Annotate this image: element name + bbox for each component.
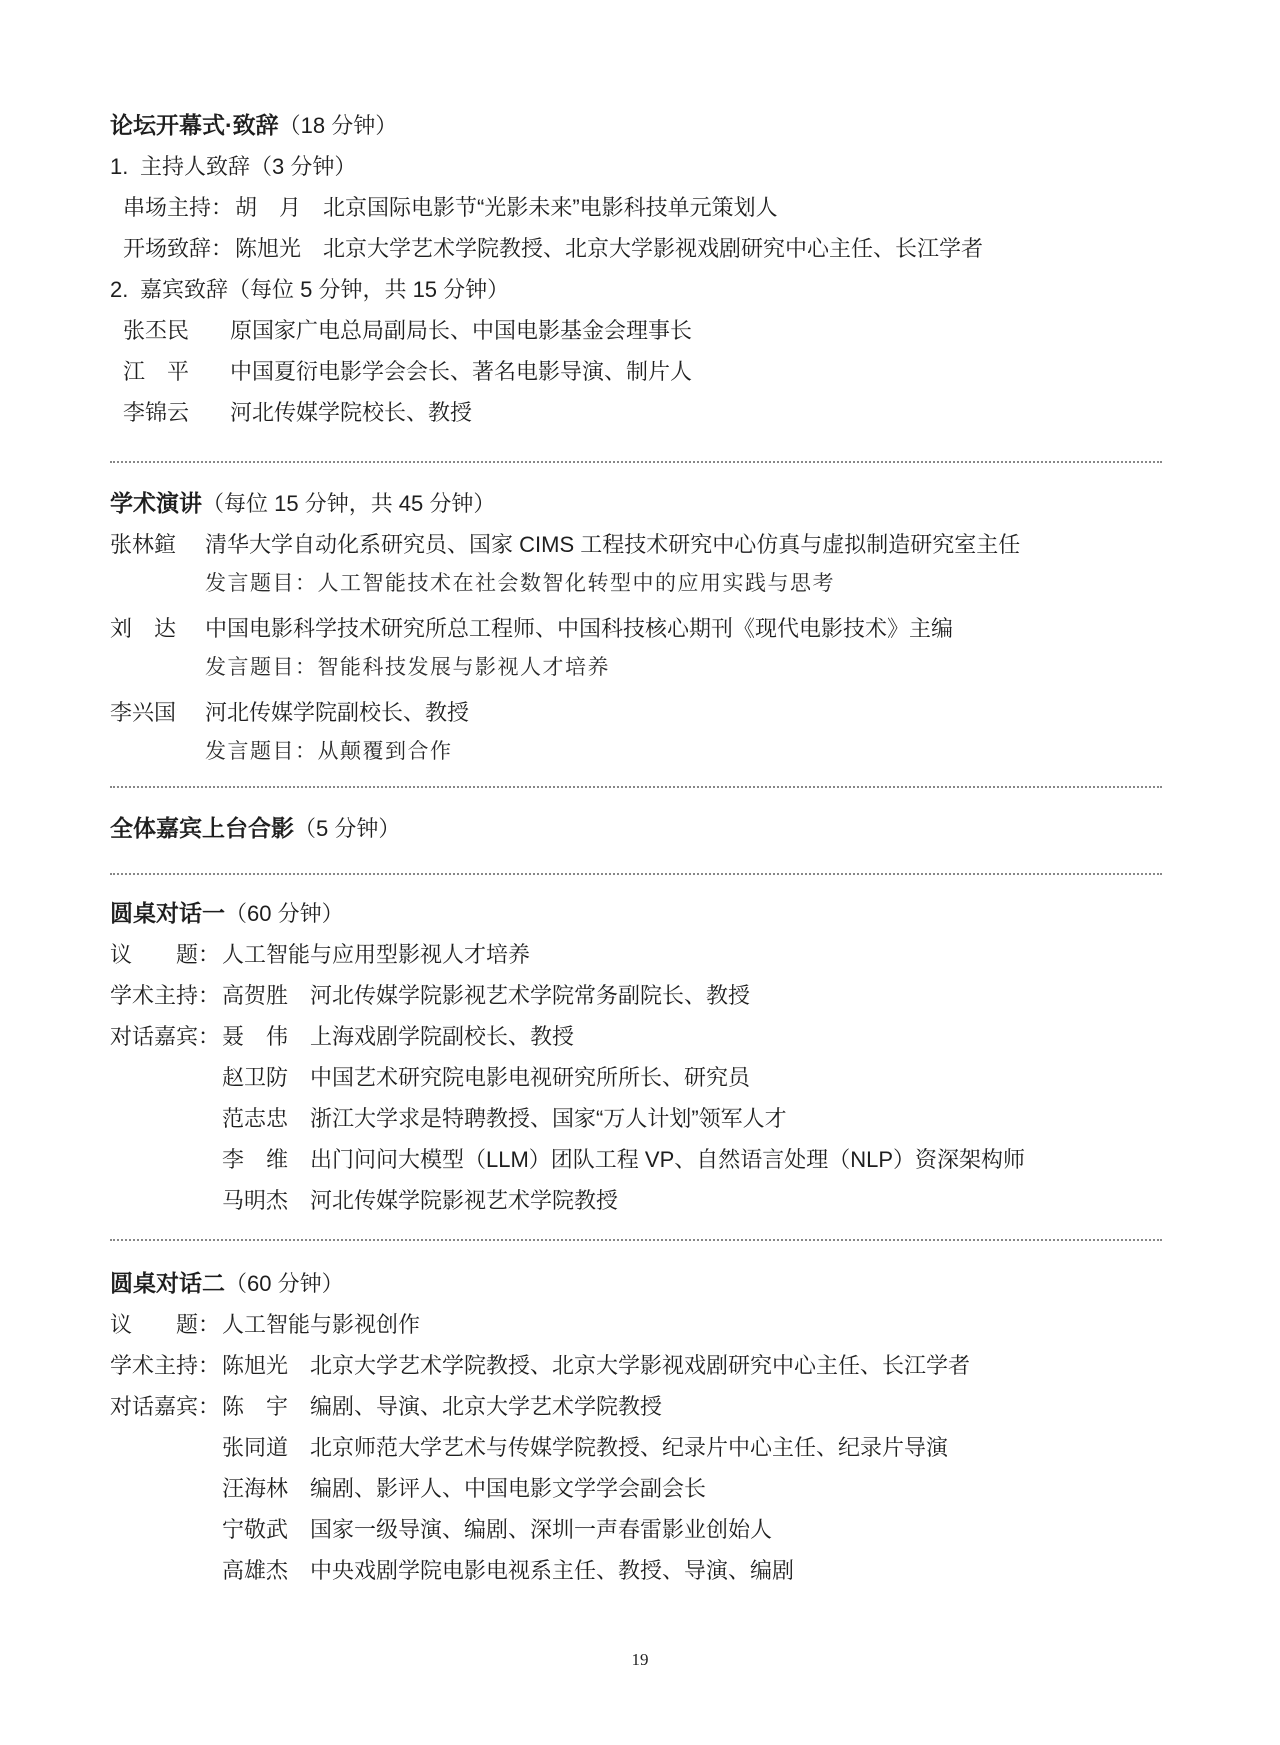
topic-text: 人工智能与应用型影视人才培养 [222,934,530,975]
role-label: 对话嘉宾： [110,1016,222,1057]
person-name: 江 平 [123,351,230,392]
person-name: 范志忠 [222,1098,310,1139]
host-row: 串场主持：胡 月北京国际电影节“光影未来”电影科技单元策划人 [110,187,1162,228]
section-speeches-heading: 学术演讲（每位 15 分钟，共 45 分钟） [110,483,1162,524]
agenda-item-text: 主持人致辞（3 分钟） [140,146,356,187]
guest-row: 对话嘉宾：陈 宇编剧、导演、北京大学艺术学院教授 [110,1386,1162,1427]
section-roundtable1-heading: 圆桌对话一（60 分钟） [110,893,1162,934]
person-desc: 河北传媒学院影视艺术学院常务副院长、教授 [310,975,750,1016]
person-name: 李 维 [222,1139,310,1180]
person-desc: 北京师范大学艺术与传媒学院教授、纪录片中心主任、纪录片导演 [310,1427,948,1468]
section-duration: （每位 15 分钟，共 45 分钟） [202,483,495,524]
person-desc: 国家一级导演、编剧、深圳一声春雷影业创始人 [310,1509,772,1550]
agenda-item-number: 1. [110,146,140,187]
guest-row: 江 平中国夏衍电影学会会长、著名电影导演、制片人 [110,351,1162,392]
role-label: 议 题： [110,934,222,975]
person-desc: 清华大学自动化系研究员、国家 CIMS 工程技术研究中心仿真与虚拟制造研究室主任 [205,524,1020,565]
speech-topic: 发言题目：人工智能技术在社会数智化转型中的应用实践与思考 [110,565,1162,602]
topic-row: 议 题：人工智能与应用型影视人才培养 [110,934,1162,975]
role-label: 串场主持： [123,187,235,228]
opening-speech-row: 开场致辞：陈旭光北京大学艺术学院教授、北京大学影视戏剧研究中心主任、长江学者 [110,228,1162,269]
person-name: 陈 宇 [222,1386,310,1427]
guest-row: 对话嘉宾：聂 伟上海戏剧学院副校长、教授 [110,1016,1162,1057]
topic-text: 人工智能与影视创作 [222,1304,420,1345]
person-name: 马明杰 [222,1180,310,1221]
person-name: 张丕民 [123,310,230,351]
agenda-item-number: 2. [110,269,140,310]
topic-row: 议 题：人工智能与影视创作 [110,1304,1162,1345]
section-title: 论坛开幕式·致辞 [110,105,279,146]
section-divider [110,786,1162,788]
person-name: 宁敬武 [222,1509,310,1550]
person-name: 汪海林 [222,1468,310,1509]
role-label: 学术主持： [110,975,222,1016]
agenda-item-text: 嘉宾致辞（每位 5 分钟，共 15 分钟） [140,269,509,310]
agenda-page: 论坛开幕式·致辞（18 分钟） 1.主持人致辞（3 分钟） 串场主持：胡 月北京… [0,0,1280,1745]
section-divider [110,1239,1162,1241]
guest-row: 李锦云河北传媒学院校长、教授 [110,392,1162,433]
person-desc: 河北传媒学院校长、教授 [230,392,472,433]
person-desc: 编剧、导演、北京大学艺术学院教授 [310,1386,662,1427]
agenda-item: 2.嘉宾致辞（每位 5 分钟，共 15 分钟） [110,269,1162,310]
person-desc: 河北传媒学院影视艺术学院教授 [310,1180,618,1221]
person-name: 陈旭光 [235,228,323,269]
speaker-row: 李兴国河北传媒学院副校长、教授 [110,692,1162,733]
person-desc: 中国夏衍电影学会会长、著名电影导演、制片人 [230,351,692,392]
person-name: 李兴国 [110,692,205,733]
guest-row: 宁敬武国家一级导演、编剧、深圳一声春雷影业创始人 [110,1509,1162,1550]
person-name: 李锦云 [123,392,230,433]
person-desc: 原国家广电总局副局长、中国电影基金会理事长 [230,310,692,351]
section-title: 学术演讲 [110,483,202,524]
person-desc: 北京国际电影节“光影未来”电影科技单元策划人 [323,187,778,228]
person-name: 张同道 [222,1427,310,1468]
person-name: 陈旭光 [222,1345,310,1386]
host-row: 学术主持：陈旭光北京大学艺术学院教授、北京大学影视戏剧研究中心主任、长江学者 [110,1345,1162,1386]
section-title: 全体嘉宾上台合影 [110,808,294,849]
host-row: 学术主持：高贺胜河北传媒学院影视艺术学院常务副院长、教授 [110,975,1162,1016]
speaker-row: 刘 达中国电影科学技术研究所总工程师、中国科技核心期刊《现代电影技术》主编 [110,608,1162,649]
guest-row: 马明杰河北传媒学院影视艺术学院教授 [110,1180,1162,1221]
person-desc: 河北传媒学院副校长、教授 [205,692,469,733]
speech-topic: 发言题目：从颠覆到合作 [110,733,1162,770]
agenda-content: 论坛开幕式·致辞（18 分钟） 1.主持人致辞（3 分钟） 串场主持：胡 月北京… [110,105,1162,1591]
section-title: 圆桌对话一 [110,893,225,934]
person-name: 胡 月 [235,187,323,228]
section-photo-heading: 全体嘉宾上台合影（5 分钟） [110,808,1162,849]
guest-row: 张丕民原国家广电总局副局长、中国电影基金会理事长 [110,310,1162,351]
role-label: 对话嘉宾： [110,1386,222,1427]
section-duration: （5 分钟） [294,808,400,849]
person-desc: 编剧、影评人、中国电影文学学会副会长 [310,1468,706,1509]
person-desc: 出门问问大模型（LLM）团队工程 VP、自然语言处理（NLP）资深架构师 [310,1139,1025,1180]
section-divider [110,461,1162,463]
person-name: 赵卫防 [222,1057,310,1098]
role-label: 开场致辞： [123,228,235,269]
person-name: 高雄杰 [222,1550,310,1591]
guest-row: 汪海林编剧、影评人、中国电影文学学会副会长 [110,1468,1162,1509]
person-desc: 上海戏剧学院副校长、教授 [310,1016,574,1057]
person-name: 高贺胜 [222,975,310,1016]
guest-row: 范志忠浙江大学求是特聘教授、国家“万人计划”领军人才 [110,1098,1162,1139]
section-duration: （60 分钟） [225,893,344,934]
speech-topic: 发言题目：智能科技发展与影视人才培养 [110,649,1162,686]
section-duration: （60 分钟） [225,1263,344,1304]
person-desc: 浙江大学求是特聘教授、国家“万人计划”领军人才 [310,1098,787,1139]
section-roundtable2-heading: 圆桌对话二（60 分钟） [110,1263,1162,1304]
person-name: 刘 达 [110,608,205,649]
person-desc: 中央戏剧学院电影电视系主任、教授、导演、编剧 [310,1550,794,1591]
speaker-row: 张林鍹清华大学自动化系研究员、国家 CIMS 工程技术研究中心仿真与虚拟制造研究… [110,524,1162,565]
person-desc: 北京大学艺术学院教授、北京大学影视戏剧研究中心主任、长江学者 [310,1345,970,1386]
agenda-item: 1.主持人致辞（3 分钟） [110,146,1162,187]
page-number: 19 [0,1650,1280,1670]
person-name: 聂 伟 [222,1016,310,1057]
section-duration: （18 分钟） [279,105,398,146]
role-label: 议 题： [110,1304,222,1345]
person-desc: 中国艺术研究院电影电视研究所所长、研究员 [310,1057,750,1098]
section-divider [110,873,1162,875]
section-title: 圆桌对话二 [110,1263,225,1304]
guest-row: 高雄杰中央戏剧学院电影电视系主任、教授、导演、编剧 [110,1550,1162,1591]
role-label: 学术主持： [110,1345,222,1386]
guest-row: 张同道北京师范大学艺术与传媒学院教授、纪录片中心主任、纪录片导演 [110,1427,1162,1468]
guest-row: 李 维出门问问大模型（LLM）团队工程 VP、自然语言处理（NLP）资深架构师 [110,1139,1162,1180]
section-opening-heading: 论坛开幕式·致辞（18 分钟） [110,105,1162,146]
person-desc: 中国电影科学技术研究所总工程师、中国科技核心期刊《现代电影技术》主编 [205,608,953,649]
person-desc: 北京大学艺术学院教授、北京大学影视戏剧研究中心主任、长江学者 [323,228,983,269]
guest-row: 赵卫防中国艺术研究院电影电视研究所所长、研究员 [110,1057,1162,1098]
person-name: 张林鍹 [110,524,205,565]
